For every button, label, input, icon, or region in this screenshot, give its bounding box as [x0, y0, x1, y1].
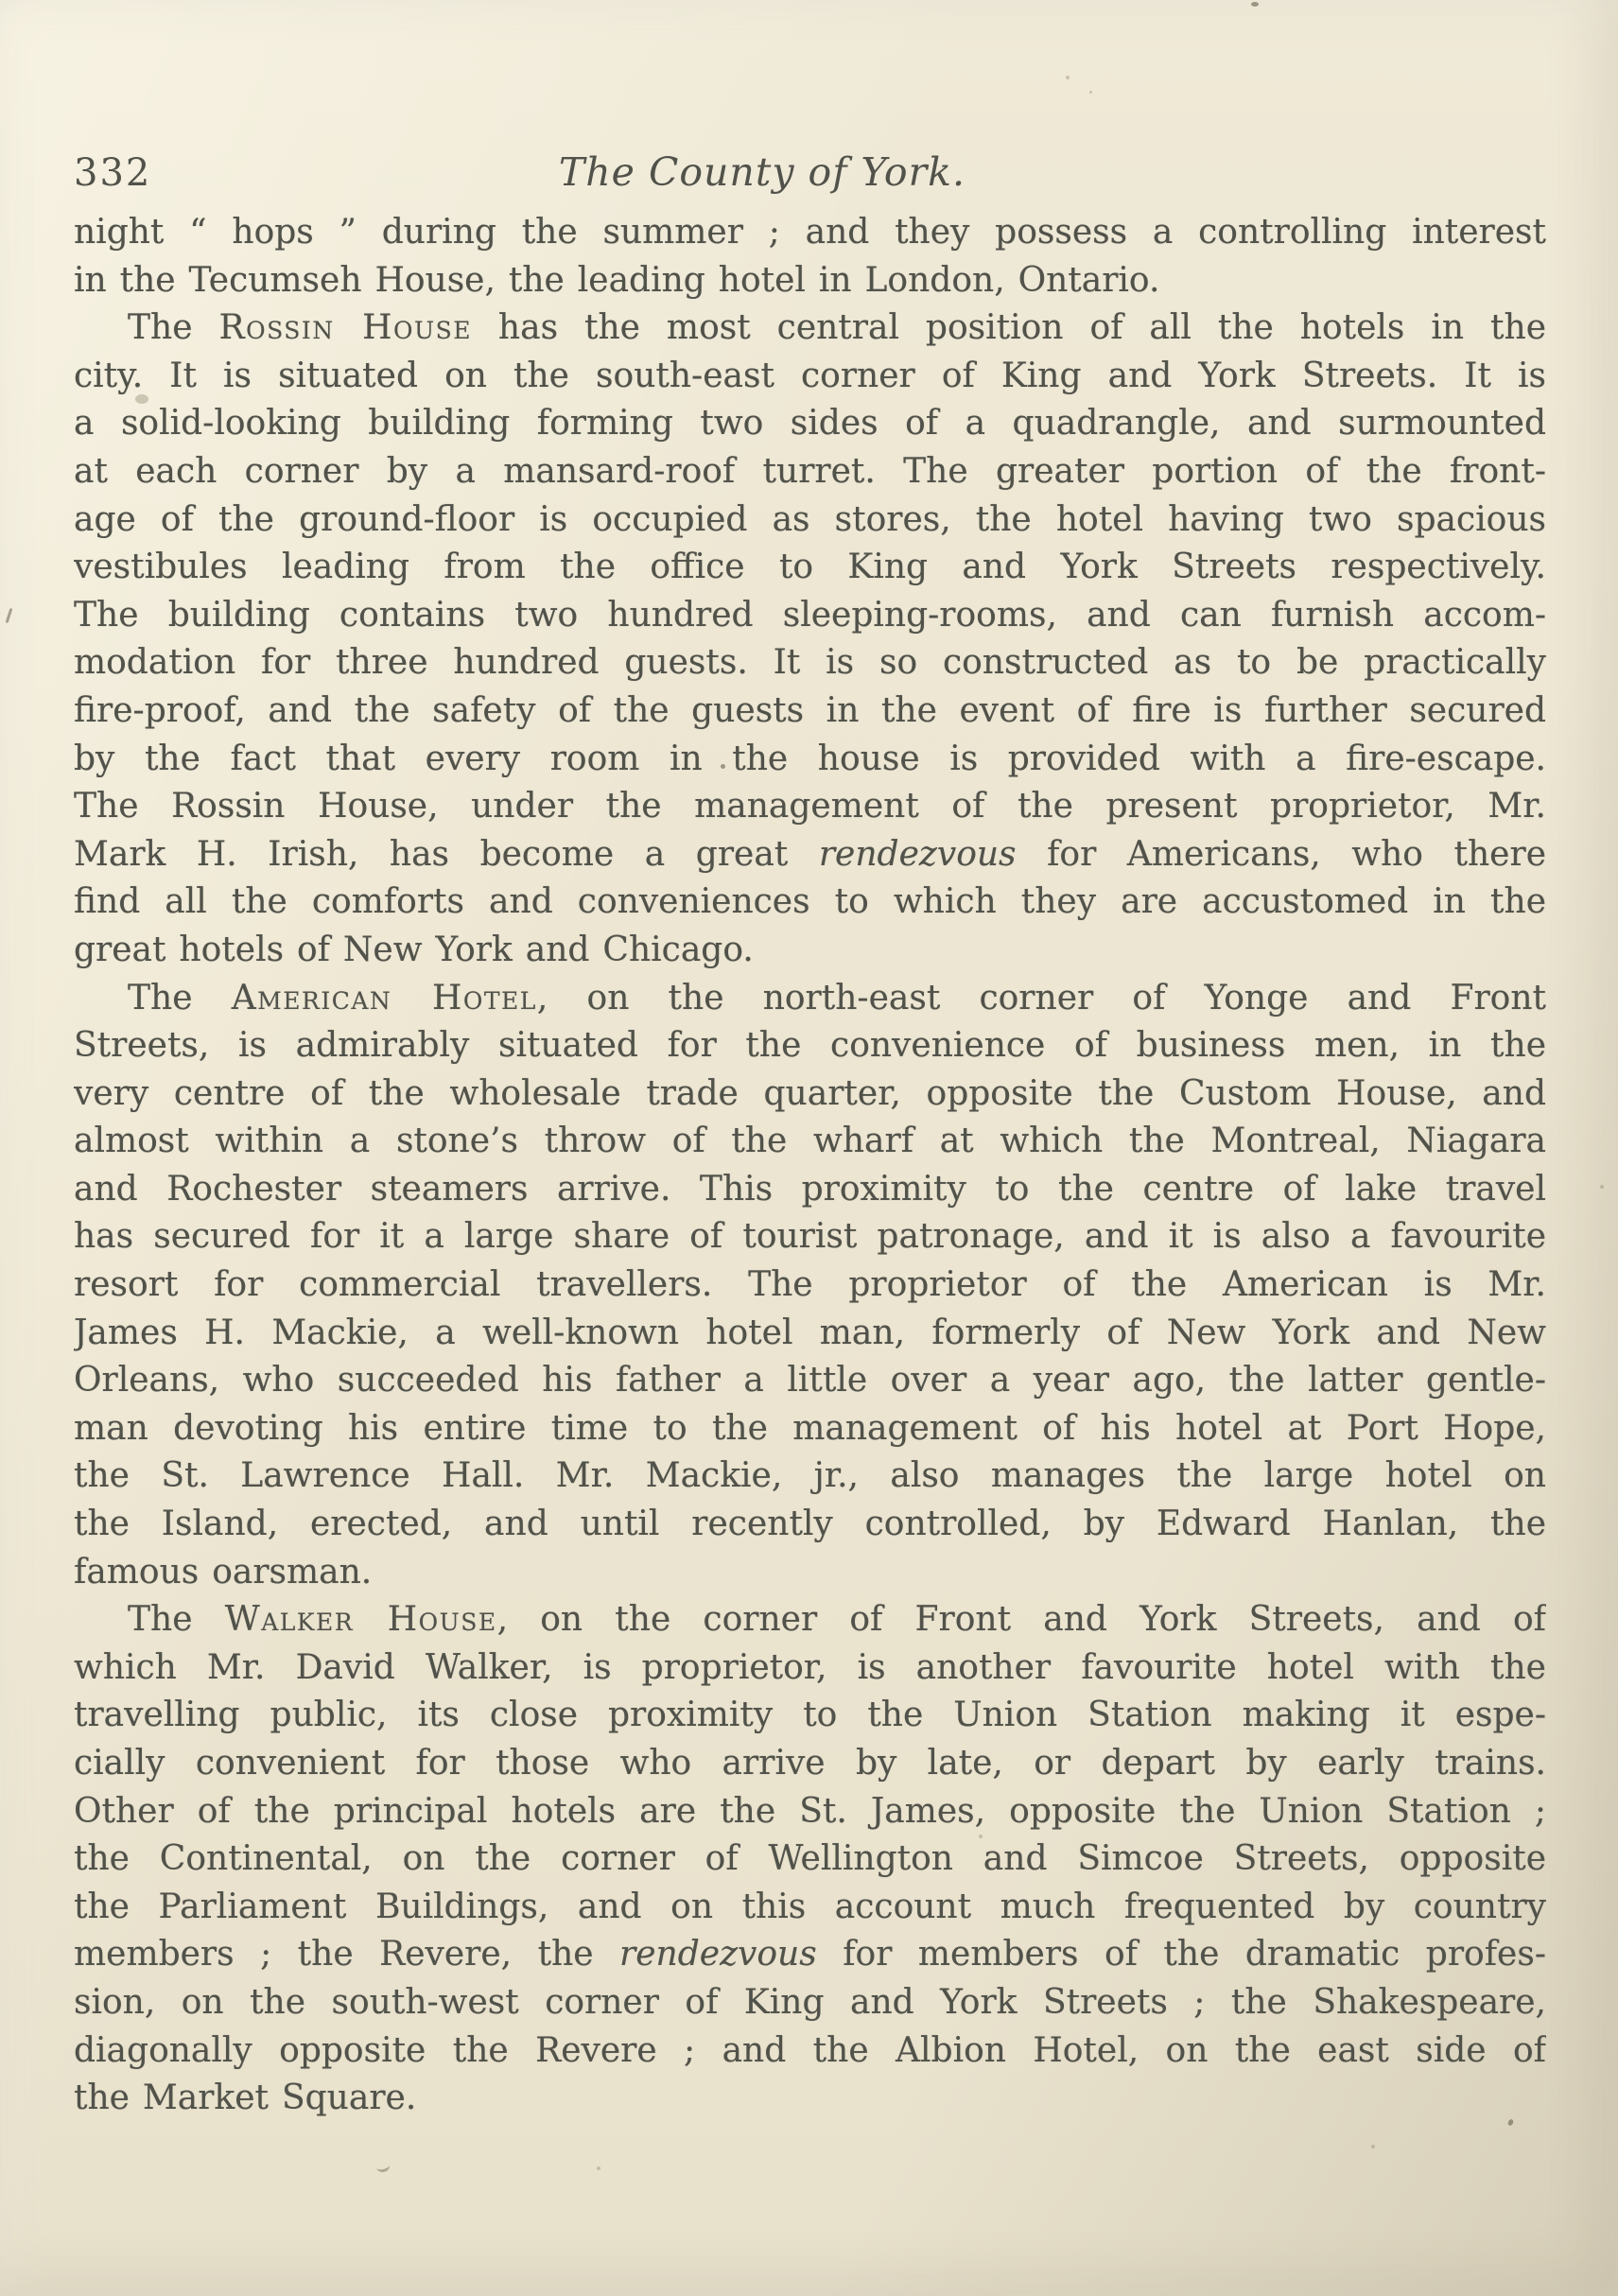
body-text-segment: The: [128, 1600, 225, 1639]
text-line: age of the ground-floor is occupied as s…: [74, 496, 1546, 545]
paper-speck: [721, 764, 725, 769]
paper-speck: [1251, 2, 1259, 7]
text-line: at each corner by a mansard-roof turret.…: [74, 448, 1546, 496]
text-line: night “ hops ” during the summer ; and t…: [74, 209, 1546, 257]
text-line: vestibules leading from the office to Ki…: [74, 544, 1546, 592]
body-text-segment: age of the ground-floor is occupied as s…: [74, 500, 1546, 539]
text-line: the Parliament Buildings, and on this ac…: [74, 1884, 1546, 1932]
body-text-segment: the Continental, on the corner of Wellin…: [74, 1839, 1546, 1878]
text-line: The Rossin House, under the management o…: [74, 783, 1546, 831]
running-title: The County of York.: [559, 149, 966, 195]
body-text-segment: The: [128, 979, 232, 1018]
small-caps-text: Walker House: [225, 1600, 497, 1639]
body-text-segment: and Rochester steamers arrive. This prox…: [74, 1170, 1546, 1209]
text-line: The Walker House, on the corner of Front…: [74, 1596, 1546, 1644]
paper-speck: [135, 394, 148, 404]
text-line: in the Tecumseh House, the leading hotel…: [74, 257, 1546, 305]
page-body-text: night “ hops ” during the summer ; and t…: [74, 209, 1546, 2123]
text-line: has secured for it a large share of tour…: [74, 1213, 1546, 1261]
scan-stray-mark: [6, 608, 13, 623]
body-text-segment: for Americans, who there: [1017, 835, 1546, 874]
body-text-segment: which Mr. David Walker, is proprietor, i…: [74, 1648, 1546, 1687]
body-text-segment: Streets, is admirably situated for the c…: [74, 1026, 1546, 1065]
body-text-segment: sion, on the south-west corner of King a…: [74, 1983, 1546, 2022]
body-text-segment: night “ hops ” during the summer ; and t…: [74, 213, 1546, 252]
body-text-segment: the Market Square.: [74, 2079, 416, 2117]
body-text-segment: the Island, erected, and until recently …: [74, 1505, 1546, 1543]
body-text-segment: , on the corner of Front and York Street…: [497, 1600, 1546, 1639]
text-line: famous oarsman.: [74, 1549, 1546, 1597]
text-line: which Mr. David Walker, is proprietor, i…: [74, 1644, 1546, 1693]
body-text-segment: in the Tecumseh House, the leading hotel…: [74, 261, 1159, 300]
small-caps-text: Rossin House: [218, 308, 471, 347]
body-text-segment: Other of the principal hotels are the St…: [74, 1792, 1546, 1831]
body-text-segment: at each corner by a mansard-roof turret.…: [74, 452, 1546, 491]
body-text-segment: vestibules leading from the office to Ki…: [74, 548, 1546, 586]
body-text-segment: James H. Mackie, a well-known hotel man,…: [74, 1313, 1546, 1352]
text-line: the St. Lawrence Hall. Mr. Mackie, jr., …: [74, 1452, 1546, 1501]
paper-speck: [1600, 1185, 1604, 1189]
body-text-segment: city. It is situated on the south-east c…: [74, 357, 1546, 395]
body-text-segment: The: [128, 308, 218, 347]
body-text-segment: travelling public, its close proximity t…: [74, 1696, 1546, 1734]
text-line: almost within a stone’s throw of the wha…: [74, 1118, 1546, 1166]
text-line: Other of the principal hotels are the St…: [74, 1788, 1546, 1836]
body-text-segment: modation for three hundred guests. It is…: [74, 643, 1546, 682]
body-text-segment: the Parliament Buildings, and on this ac…: [74, 1887, 1546, 1926]
body-text-segment: members ; the Revere, the: [74, 1935, 619, 1974]
body-text-segment: fire-proof, and the safety of the guests…: [74, 691, 1546, 730]
body-text-segment: Orleans, who succeeded his father a litt…: [74, 1361, 1546, 1400]
body-text-segment: Mark H. Irish, has become a great: [74, 835, 819, 874]
text-line: travelling public, its close proximity t…: [74, 1692, 1546, 1740]
body-text-segment: almost within a stone’s throw of the wha…: [74, 1122, 1546, 1160]
paper-speck: [1507, 2118, 1514, 2126]
text-line: a solid-looking building forming two sid…: [74, 400, 1546, 448]
text-line: the Island, erected, and until recently …: [74, 1501, 1546, 1549]
italic-text: rendezvous: [819, 835, 1017, 874]
text-line: cially convenient for those who arrive b…: [74, 1740, 1546, 1788]
body-text-segment: find all the comforts and conveniences t…: [74, 882, 1546, 921]
text-line: man devoting his entire time to the mana…: [74, 1405, 1546, 1453]
scanned-book-page: 332 The County of York. night “ hops ” d…: [0, 0, 1618, 2296]
paper-speck: [979, 1835, 983, 1838]
text-line: The building contains two hundred sleepi…: [74, 592, 1546, 640]
paper-speck: [1066, 76, 1070, 79]
paper-speck: [597, 2166, 600, 2170]
small-caps-text: American Hotel: [232, 979, 537, 1018]
body-text-segment: cially convenient for those who arrive b…: [74, 1744, 1546, 1783]
body-text-segment: has secured for it a large share of tour…: [74, 1217, 1546, 1256]
text-line: members ; the Revere, the rendezvous for…: [74, 1931, 1546, 1979]
body-text-segment: man devoting his entire time to the mana…: [74, 1409, 1546, 1448]
paper-speck: [1089, 91, 1092, 94]
text-line: very centre of the wholesale trade quart…: [74, 1070, 1546, 1119]
body-text-segment: famous oarsman.: [74, 1553, 372, 1592]
text-line: Streets, is admirably situated for the c…: [74, 1022, 1546, 1070]
body-text-segment: by the fact that every room in the house…: [74, 739, 1546, 778]
text-line: The American Hotel, on the north-east co…: [74, 975, 1546, 1023]
text-line: the Market Square.: [74, 2075, 1546, 2123]
text-line: the Continental, on the corner of Wellin…: [74, 1835, 1546, 1884]
body-text-segment: very centre of the wholesale trade quart…: [74, 1074, 1546, 1113]
page-number: 332: [74, 151, 151, 195]
text-line: Orleans, who succeeded his father a litt…: [74, 1357, 1546, 1405]
text-line: by the fact that every room in the house…: [74, 736, 1546, 784]
text-line: and Rochester steamers arrive. This prox…: [74, 1166, 1546, 1214]
text-line: great hotels of New York and Chicago.: [74, 927, 1546, 975]
body-text-segment: for members of the dramatic profes-: [817, 1935, 1546, 1974]
text-line: modation for three hundred guests. It is…: [74, 639, 1546, 687]
text-line: Mark H. Irish, has become a great rendez…: [74, 831, 1546, 879]
body-text-segment: The building contains two hundred sleepi…: [74, 596, 1546, 635]
body-text-segment: a solid-looking building forming two sid…: [74, 404, 1546, 443]
body-text-segment: great hotels of New York and Chicago.: [74, 931, 754, 969]
italic-text: rendezvous: [619, 1935, 817, 1974]
text-line: James H. Mackie, a well-known hotel man,…: [74, 1310, 1546, 1358]
body-text-segment: has the most central position of all the…: [472, 308, 1546, 347]
text-line: sion, on the south-west corner of King a…: [74, 1979, 1546, 2027]
page-header: 332 The County of York.: [74, 149, 1546, 199]
body-text-segment: The Rossin House, under the management o…: [74, 787, 1546, 826]
body-text-segment: the St. Lawrence Hall. Mr. Mackie, jr., …: [74, 1456, 1546, 1495]
text-line: resort for commercial travellers. The pr…: [74, 1261, 1546, 1310]
text-line: city. It is situated on the south-east c…: [74, 353, 1546, 401]
text-line: diagonally opposite the Revere ; and the…: [74, 2027, 1546, 2076]
text-line: The Rossin House has the most central po…: [74, 304, 1546, 353]
body-text-segment: , on the north-east corner of Yonge and …: [537, 979, 1546, 1018]
scan-stray-mark: [375, 2160, 391, 2174]
text-line: fire-proof, and the safety of the guests…: [74, 687, 1546, 736]
body-text-segment: resort for commercial travellers. The pr…: [74, 1265, 1546, 1304]
body-text-segment: diagonally opposite the Revere ; and the…: [74, 2031, 1546, 2070]
text-line: find all the comforts and conveniences t…: [74, 878, 1546, 927]
paper-speck: [1371, 2145, 1375, 2148]
